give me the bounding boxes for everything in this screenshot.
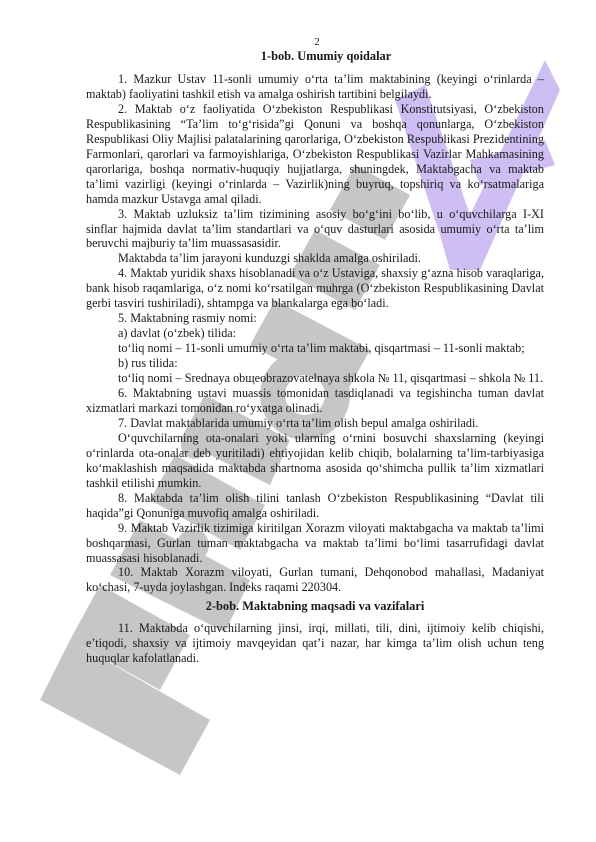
paragraph-6: 6. Maktabning ustavi muassis tomonidan t… bbox=[86, 386, 544, 416]
paragraph-7: 7. Davlat maktablarida umumiy o‘rta ta’l… bbox=[86, 416, 544, 431]
paragraph-11: 11. Maktabda o‘quvchilarning jinsi, irqi… bbox=[86, 621, 544, 666]
paragraph-5b-name: to‘liq nomi – Srednaya obщeobrazovatelna… bbox=[86, 371, 544, 386]
paragraph-10: 10. Maktab Xorazm viloyati, Gurlan tuman… bbox=[86, 565, 544, 595]
paragraph-3-note: Maktabda ta’lim jarayoni kunduzgi shakld… bbox=[86, 251, 544, 266]
paragraph-2: 2. Maktab o‘z faoliyatida O‘zbekiston Re… bbox=[86, 102, 544, 207]
page-number: 2 bbox=[86, 36, 544, 48]
paragraph-5a-name: to‘liq nomi – 11-sonli umumiy o‘rta ta’l… bbox=[86, 341, 544, 356]
chapter-title: 2-bob. Maktabning maqsadi va vazifalari bbox=[86, 599, 544, 614]
paragraph-5: 5. Maktabning rasmiy nomi: bbox=[86, 311, 544, 326]
document-page: 2 1-bob. Umumiy qoidalar 1. Mazkur Ustav… bbox=[86, 36, 544, 666]
paragraph-5b: b) rus tilida: bbox=[86, 356, 544, 371]
paragraph-5a: a) davlat (o‘zbek) tilida: bbox=[86, 326, 544, 341]
paragraph-3: 3. Maktab uzluksiz ta’lim tizimining aso… bbox=[86, 207, 544, 252]
chapter-title: 1-bob. Umumiy qoidalar bbox=[86, 49, 544, 64]
paragraph-7-note: O‘quvchilarning ota-onalari yoki ularnin… bbox=[86, 431, 544, 491]
paragraph-1: 1. Mazkur Ustav 11-sonli umumiy o‘rta ta… bbox=[86, 72, 544, 102]
paragraph-8: 8. Maktabda ta’lim olish tilini tanlash … bbox=[86, 491, 544, 521]
paragraph-4: 4. Maktab yuridik shaxs hisoblanadi va o… bbox=[86, 266, 544, 311]
paragraph-9: 9. Maktab Vazirlik tizimiga kiritilgan X… bbox=[86, 521, 544, 566]
